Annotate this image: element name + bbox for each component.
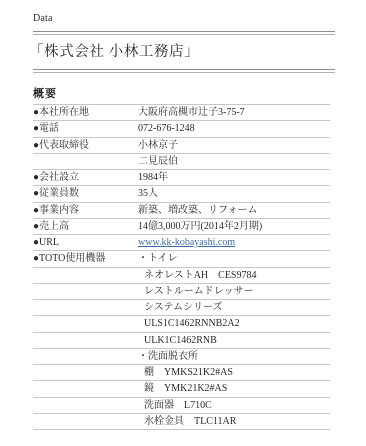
page-content: Data 「株式会社 小林工務店」 概要 ●本社所在地大阪府高槻市辻子3-75-…: [33, 0, 335, 430]
row-value: 大阪府高槻市辻子3-75-7: [138, 107, 245, 118]
table-row: 水栓金具 TLC11AR: [33, 414, 330, 430]
row-value: システムシリーズ: [138, 302, 223, 313]
table-row: ネオレストAH CES9784: [33, 268, 330, 284]
row-value: 14億3,000万円(2014年2月期): [138, 221, 262, 232]
company-info-table: ●本社所在地大阪府高槻市辻子3-75-7●電話072-676-1248●代表取締…: [33, 104, 330, 430]
table-row: ・洗面脱衣所: [33, 349, 330, 365]
table-row: ULS1C1462RNNB2A2: [33, 316, 330, 332]
row-label: ●URL: [33, 237, 138, 248]
table-row: 洗面器 L710C: [33, 398, 330, 414]
table-row: 棚 YMKS21K2#AS: [33, 365, 330, 381]
table-row: ●電話072-676-1248: [33, 121, 330, 137]
row-label: ●本社所在地: [33, 107, 138, 118]
row-value: ULK1C1462RNB: [138, 335, 217, 346]
row-value: ULS1C1462RNNB2A2: [138, 318, 240, 329]
row-value: レストルームドレッサー: [138, 286, 254, 297]
row-label: ●電話: [33, 123, 138, 134]
row-value: 二見辰伯: [138, 156, 178, 167]
divider-rule-under-title: [33, 69, 335, 73]
table-row: レストルームドレッサー: [33, 284, 330, 300]
row-value: 洗面器 L710C: [138, 400, 212, 411]
table-row: ●事業内容新築、増改築、リフォーム: [33, 203, 330, 219]
table-row: ●代表取締役小林京子: [33, 138, 330, 154]
row-label: ●事業内容: [33, 205, 138, 216]
section-heading: 概要: [33, 88, 335, 100]
row-value: ・トイレ: [138, 253, 178, 264]
table-row: ●売上高14億3,000万円(2014年2月期): [33, 219, 330, 235]
table-row: ●本社所在地大阪府高槻市辻子3-75-7: [33, 105, 330, 121]
row-value: 鏡 YMK21K2#AS: [138, 383, 227, 394]
table-row: ●会社設立1984年: [33, 170, 330, 186]
row-value: 新築、増改築、リフォーム: [138, 205, 258, 216]
row-value: ネオレストAH CES9784: [138, 270, 256, 281]
table-row: ●TOTO使用機器・トイレ: [33, 251, 330, 267]
table-row: システムシリーズ: [33, 300, 330, 316]
divider-rule-top: [33, 31, 335, 35]
row-label: ●売上高: [33, 221, 138, 232]
row-value: ・洗面脱衣所: [138, 351, 198, 362]
row-value: 35人: [138, 188, 158, 199]
table-row: ULK1C1462RNB: [33, 333, 330, 349]
table-row: ●従業員数35人: [33, 186, 330, 202]
row-label: ●代表取締役: [33, 140, 138, 151]
row-value: 1984年: [138, 172, 168, 183]
company-url-link[interactable]: www.kk-kobayashi.com: [138, 237, 235, 248]
table-row: 二見辰伯: [33, 154, 330, 170]
row-value: 棚 YMKS21K2#AS: [138, 367, 233, 378]
row-label: ●従業員数: [33, 188, 138, 199]
eyebrow-label: Data: [33, 0, 335, 24]
table-row: 鏡 YMK21K2#AS: [33, 381, 330, 397]
page-title: 「株式会社 小林工務店」: [29, 44, 335, 61]
row-value: 072-676-1248: [138, 123, 195, 134]
row-value: 水栓金具 TLC11AR: [138, 416, 236, 427]
row-label: ●会社設立: [33, 172, 138, 183]
row-value: 小林京子: [138, 140, 178, 151]
row-label: ●TOTO使用機器: [33, 253, 138, 264]
table-row: ●URLwww.kk-kobayashi.com: [33, 235, 330, 251]
